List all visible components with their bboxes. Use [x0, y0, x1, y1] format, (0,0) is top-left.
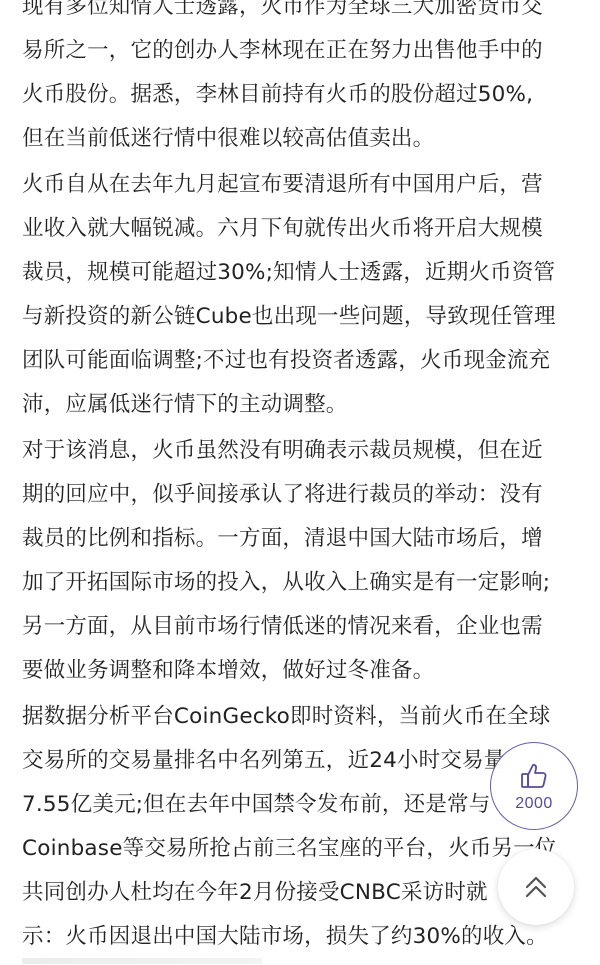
text-line: 易所之一，它的创办人李林现在正在努力出售他手中的	[22, 29, 582, 73]
text-line: 对于该消息，火币虽然没有明确表示裁员规模，但在近	[22, 429, 582, 473]
back-to-top-button[interactable]	[498, 849, 574, 925]
thumbs-up-icon	[519, 761, 549, 791]
text-line: 示：火币因退出中国大陆市场，损失了约30%的收入。	[22, 915, 582, 959]
text-line: 火币自从在去年九月起宣布要清退所有中国用户后，营	[22, 163, 582, 207]
double-chevron-up-icon	[522, 873, 550, 901]
text-line: Coinbase等交易所抢占前三名宝座的平台，火币另一位	[22, 827, 582, 871]
text-line: 据数据分析平台CoinGecko即时资料，当前火币在全球	[22, 695, 582, 739]
like-button[interactable]: 2000	[490, 742, 578, 830]
paragraph-2: 火币自从在去年九月起宣布要清退所有中国用户后，营 业收入就大幅锐减。六月下旬就传…	[22, 163, 582, 427]
text-line: 要做业务调整和降本增效，做好过冬准备。	[22, 649, 582, 693]
text-line: 沛，应属低迷行情下的主动调整。	[22, 383, 582, 427]
text-line: 期的回应中，似乎间接承认了将进行裁员的举动：没有	[22, 473, 582, 517]
text-line: 裁员的比例和指标。一方面，清退中国大陆市场后，增	[22, 517, 582, 561]
text-line: 裁员，规模可能超过30%;知情人士透露，近期火币资管	[22, 251, 582, 295]
text-line: 团队可能面临调整;不过也有投资者透露，火币现金流充	[22, 339, 582, 383]
like-count: 2000	[515, 795, 553, 813]
article-body: 现有多位知情人士透露，火币作为全球三大加密货币交 易所之一，它的创办人李林现在正…	[22, 0, 582, 961]
text-line: 现有多位知情人士透露，火币作为全球三大加密货币交	[22, 0, 582, 29]
text-line: 另一方面，从目前市场行情低迷的情况来看，企业也需	[22, 605, 582, 649]
text-line: 业收入就大幅锐减。六月下旬就传出火币将开启大规模	[22, 207, 582, 251]
paragraph-3: 对于该消息，火币虽然没有明确表示裁员规模，但在近 期的回应中，似乎间接承认了将进…	[22, 429, 582, 693]
paragraph-1: 现有多位知情人士透露，火币作为全球三大加密货币交 易所之一，它的创办人李林现在正…	[22, 0, 582, 161]
text-line: 火币股份。据悉，李林目前持有火币的股份超过50%,	[22, 73, 582, 117]
paragraph-4: 据数据分析平台CoinGecko即时资料，当前火币在全球 交易所的交易量排名中名…	[22, 695, 582, 959]
text-line: 但在当前低迷行情中很难以较高估值卖出。	[22, 117, 582, 161]
text-line: 加了开拓国际市场的投入，从收入上确实是有一定影响;	[22, 561, 582, 605]
text-line: 与新投资的新公链Cube也出现一些问题，导致现任管理	[22, 295, 582, 339]
faded-next-line	[22, 958, 262, 964]
